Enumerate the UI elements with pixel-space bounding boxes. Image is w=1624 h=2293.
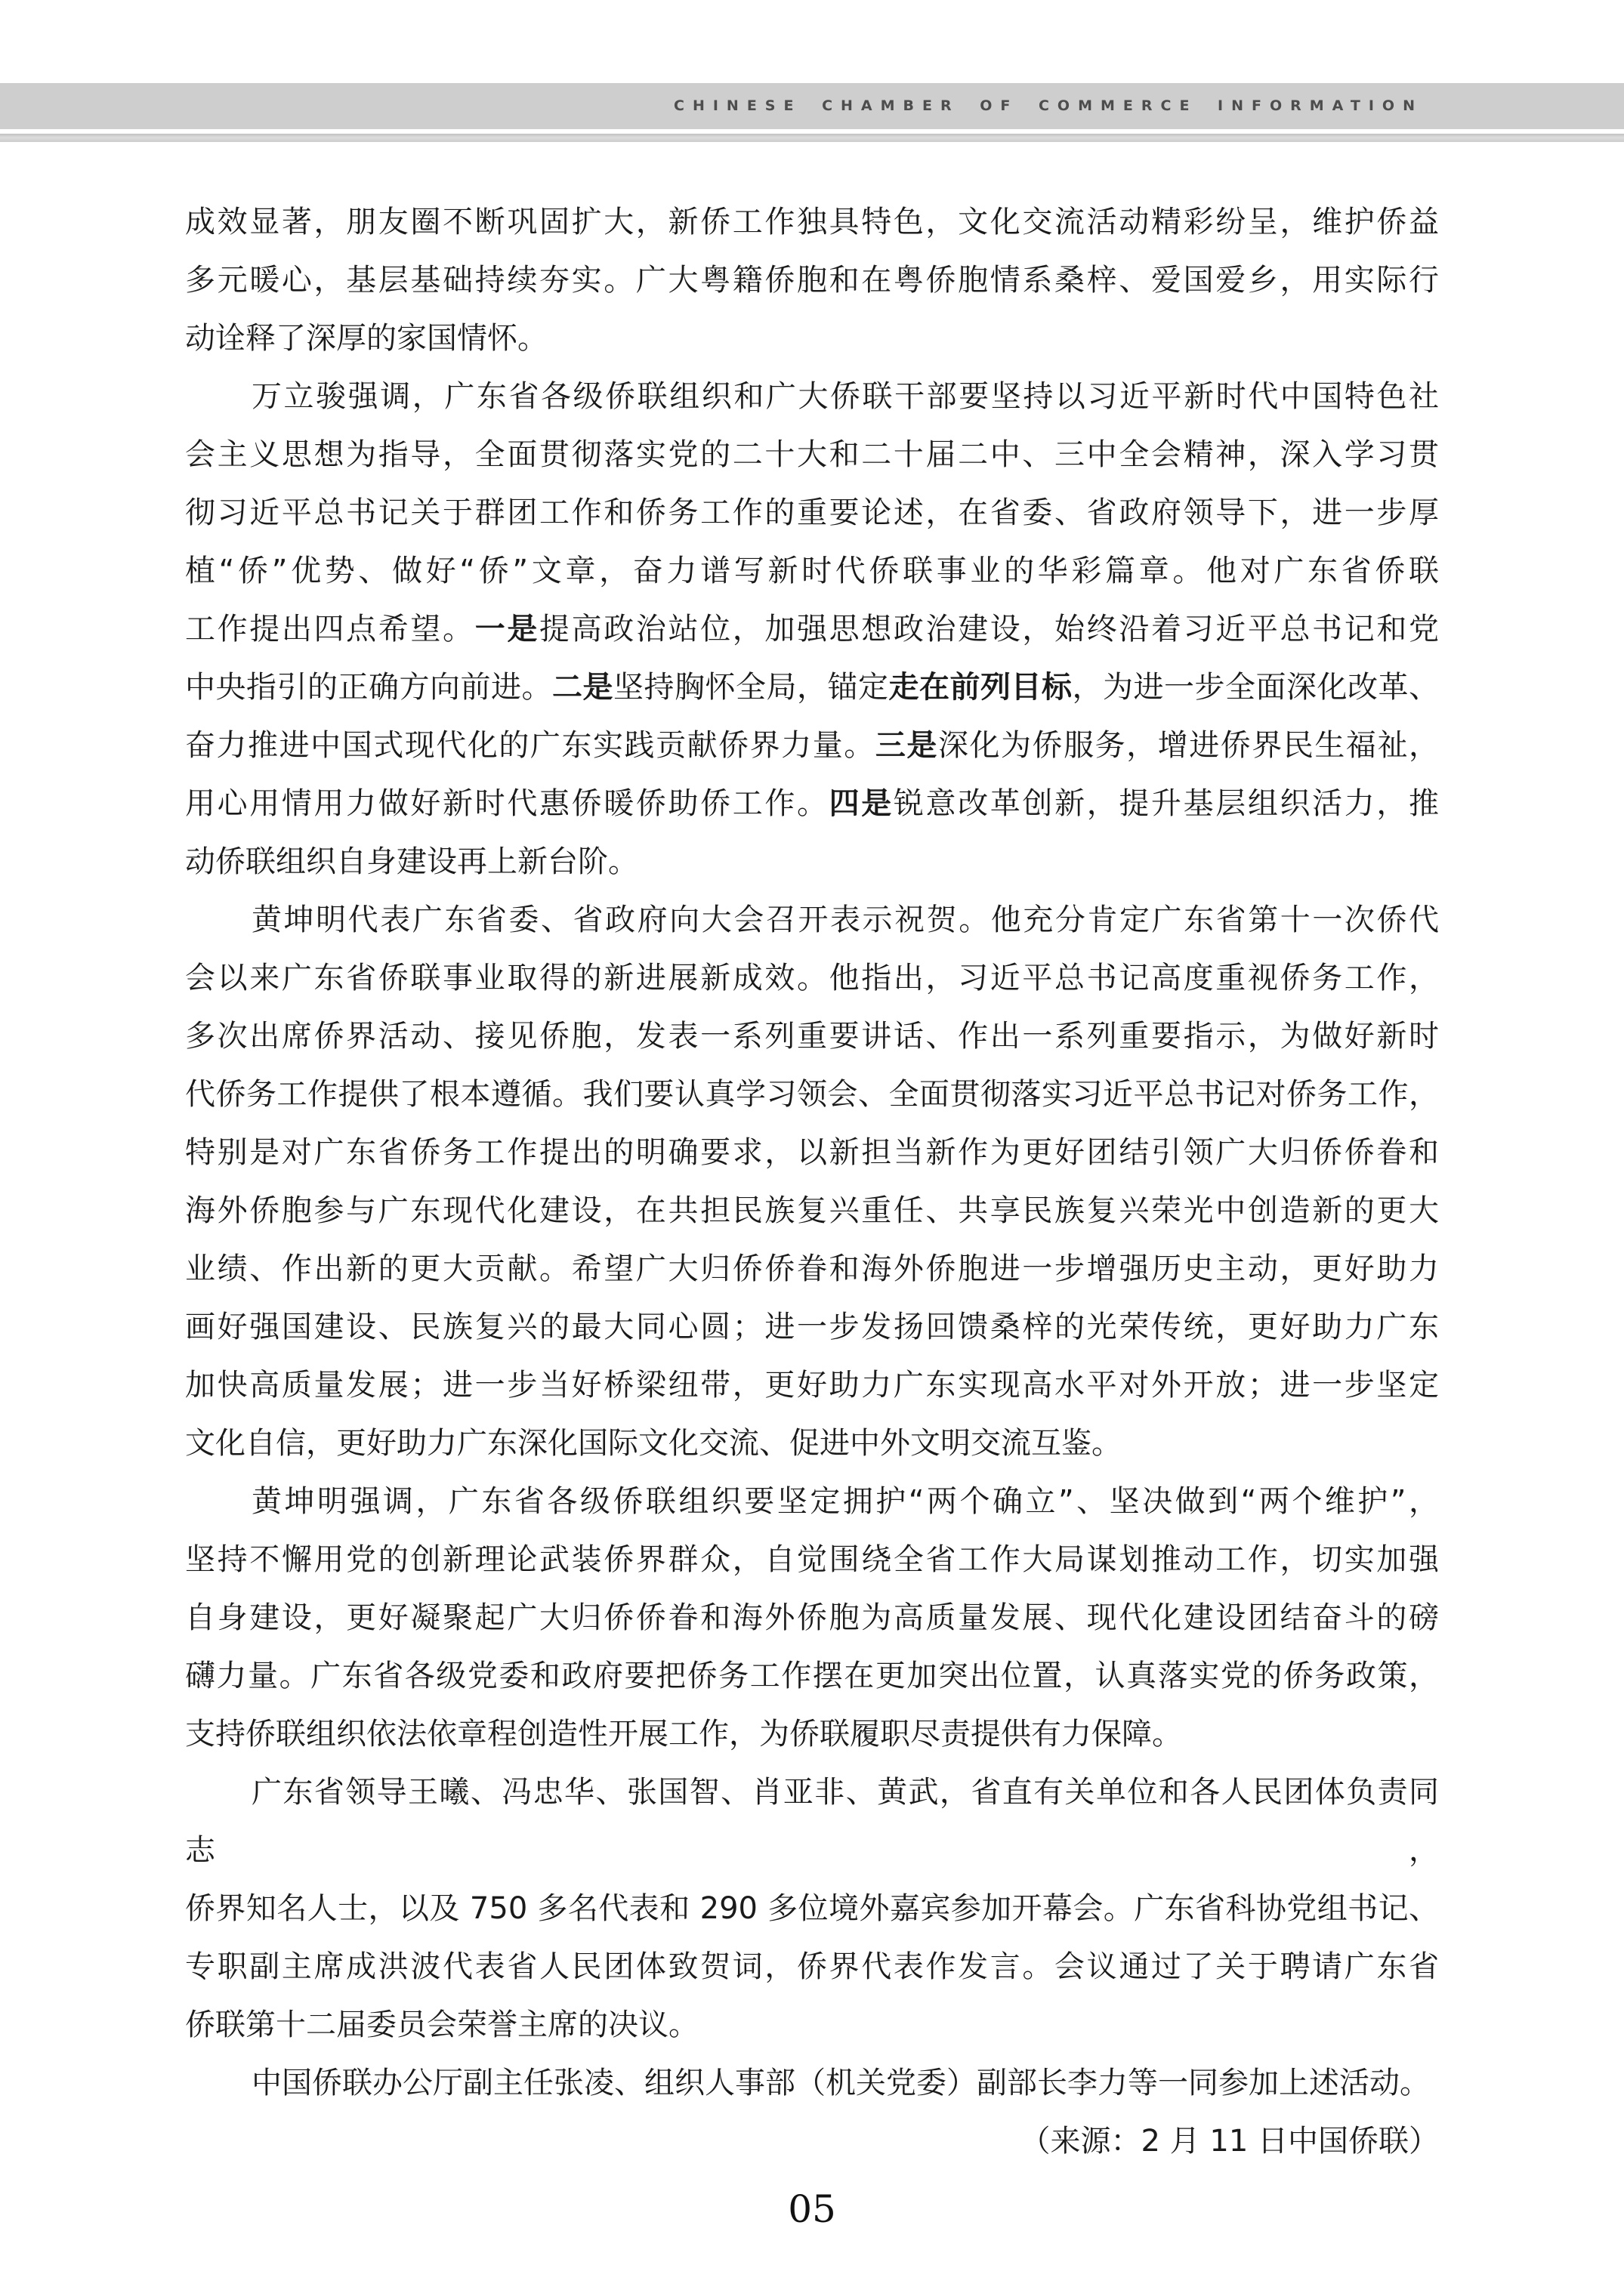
text-segment: 坚持不懈用党的创新理论武装侨界群众，自觉围绕全省工作大局谋划推动工作，切实加强 [185,1542,1439,1577]
text-segment: 用心用情用力做好新时代惠侨暖侨助侨工作。 [185,786,829,821]
text-segment: 中央指引的正确方向前进。 [185,670,552,705]
emphasis-text: 走在前列目标 [889,670,1073,705]
text-segment: 侨联第十二届委员会荣誉主席的决议。 [185,2008,699,2042]
text-line: 特别是对广东省侨务工作提出的明确要求，以新担当新作为更好团结引领广大归侨侨眷和 [185,1124,1439,1182]
text-segment: 特别是对广东省侨务工作提出的明确要求，以新担当新作为更好团结引领广大归侨侨眷和 [185,1135,1439,1170]
text-segment: 锐意改革创新，提升基层组织活力，推 [894,786,1439,821]
text-line: 海外侨胞参与广东现代化建设，在共担民族复兴重任、共享民族复兴荣光中创造新的更大 [185,1182,1439,1240]
text-line: 会主义思想为指导，全面贯彻落实党的二十大和二十届二中、三中全会精神，深入学习贯 [185,426,1439,484]
paragraph: 黄坤明代表广东省委、省政府向大会召开表示祝贺。他充分肯定广东省第十一次侨代会以来… [185,891,1439,1473]
text-segment: 深化为侨服务，增进侨界民生福祉， [938,728,1439,763]
emphasis-text: 三是 [875,728,938,763]
text-line: 自身建设，更好凝聚起广大归侨侨眷和海外侨胞为高质量发展、现代化建设团结奋斗的磅 [185,1589,1439,1647]
text-segment: 多次出席侨界活动、接见侨胞，发表一系列重要讲话、作出一系列重要指示，为做好新时 [185,1019,1439,1054]
text-line: 坚持不懈用党的创新理论武装侨界群众，自觉围绕全省工作大局谋划推动工作，切实加强 [185,1531,1439,1589]
text-segment: 支持侨联组织依法依章程创造性开展工作，为侨联履职尽责提供有力保障。 [185,1717,1182,1751]
text-segment: 坚持胸怀全局，锚定 [613,670,889,705]
text-segment: 文化自信，更好助力广东深化国际文化交流、促进中外文明交流互鉴。 [185,1426,1122,1461]
emphasis-text: 二是 [552,670,613,705]
header-banner: CHINESE CHAMBER OF COMMERCE INFORMATION [0,83,1624,129]
paragraph: 广东省领导王曦、冯忠华、张国智、肖亚非、黄武，省直有关单位和各人民团体负责同志，… [185,1764,1439,2054]
text-segment: 专职副主席成洪波代表省人民团体致贺词，侨界代表作发言。会议通过了关于聘请广东省 [185,1949,1439,1984]
text-line: 画好强国建设、民族复兴的最大同心圆；进一步发扬回馈桑梓的光荣传统，更好助力广东 [185,1298,1439,1356]
article-body: 成效显著，朋友圈不断巩固扩大，新侨工作独具特色，文化交流活动精彩纷呈，维护侨益多… [185,193,1439,2171]
text-segment: 海外侨胞参与广东现代化建设，在共担民族复兴重任、共享民族复兴荣光中创造新的更大 [185,1193,1439,1228]
text-segment: 会以来广东省侨联事业取得的新进展新成效。他指出，习近平总书记高度重视侨务工作， [185,961,1439,995]
text-line: 动诠释了深厚的家国情怀。 [185,310,1439,368]
text-line: 多次出席侨界活动、接见侨胞，发表一系列重要讲话、作出一系列重要指示，为做好新时 [185,1008,1439,1066]
text-segment: 侨界知名人士，以及 750 多名代表和 290 多位境外嘉宾参加开幕会。广东省科… [185,1891,1439,1926]
text-segment: 自身建设，更好凝聚起广大归侨侨眷和海外侨胞为高质量发展、现代化建设团结奋斗的磅 [185,1600,1439,1635]
paragraph: 黄坤明强调，广东省各级侨联组织要坚定拥护“两个确立”、坚决做到“两个维护”，坚持… [185,1473,1439,1764]
text-line: 黄坤明代表广东省委、省政府向大会召开表示祝贺。他充分肯定广东省第十一次侨代 [185,891,1439,949]
text-line: 中央指引的正确方向前进。二是坚持胸怀全局，锚定走在前列目标，为进一步全面深化改革… [185,659,1439,717]
text-line: 成效显著，朋友圈不断巩固扩大，新侨工作独具特色，文化交流活动精彩纷呈，维护侨益 [185,193,1439,252]
text-line: 会以来广东省侨联事业取得的新进展新成效。他指出，习近平总书记高度重视侨务工作， [185,949,1439,1008]
text-segment: 画好强国建设、民族复兴的最大同心圆；进一步发扬回馈桑梓的光荣传统，更好助力广东 [185,1310,1439,1344]
text-segment: 会主义思想为指导，全面贯彻落实党的二十大和二十届二中、三中全会精神，深入学习贯 [185,437,1439,472]
text-line: 业绩、作出新的更大贡献。希望广大归侨侨眷和海外侨胞进一步增强历史主动，更好助力 [185,1240,1439,1298]
emphasis-text: 一是 [475,612,539,647]
text-segment: 动诠释了深厚的家国情怀。 [185,321,548,356]
text-line: 动侨联组织自身建设再上新台阶。 [185,833,1439,891]
text-segment: 业绩、作出新的更大贡献。希望广大归侨侨眷和海外侨胞进一步增强历史主动，更好助力 [185,1251,1439,1286]
text-segment: 礴力量。广东省各级党委和政府要把侨务工作摆在更加突出位置，认真落实党的侨务政策， [185,1659,1439,1693]
text-segment: 黄坤明强调，广东省各级侨联组织要坚定拥护“两个确立”、坚决做到“两个维护”， [252,1484,1439,1519]
text-segment: 万立骏强调，广东省各级侨联组织和广大侨联干部要坚持以习近平新时代中国特色社 [252,379,1439,414]
text-line: 支持侨联组织依法依章程创造性开展工作，为侨联履职尽责提供有力保障。 [185,1705,1439,1764]
text-line: 用心用情用力做好新时代惠侨暖侨助侨工作。四是锐意改革创新，提升基层组织活力，推 [185,775,1439,833]
text-line: 中国侨联办公厅副主任张凌、组织人事部（机关党委）副部长李力等一同参加上述活动。 [185,2054,1439,2112]
text-segment: 彻习近平总书记关于群团工作和侨务工作的重要论述，在省委、省政府领导下，进一步厚 [185,495,1439,530]
text-segment: ，为进一步全面深化改革、 [1073,670,1440,705]
text-segment: 广东省领导王曦、冯忠华、张国智、肖亚非、黄武，省直有关单位和各人民团体负责同志， [185,1775,1439,1868]
text-segment: 黄坤明代表广东省委、省政府向大会召开表示祝贺。他充分肯定广东省第十一次侨代 [252,903,1439,937]
text-segment: 代侨务工作提供了根本遵循。我们要认真学习领会、全面贯彻落实习近平总书记对侨务工作… [185,1077,1439,1112]
text-line: 多元暖心，基层基础持续夯实。广大粤籍侨胞和在粤侨胞情系桑梓、爱国爱乡，用实际行 [185,252,1439,310]
paragraph: （来源：2 月 11 日中国侨联） [185,2112,1439,2171]
text-segment: 动侨联组织自身建设再上新台阶。 [185,844,638,879]
text-segment: 成效显著，朋友圈不断巩固扩大，新侨工作独具特色，文化交流活动精彩纷呈，维护侨益 [185,205,1439,239]
text-segment: （来源：2 月 11 日中国侨联） [1020,2124,1440,2159]
text-line: 加快高质量发展；进一步当好桥梁纽带，更好助力广东实现高水平对外开放；进一步坚定 [185,1356,1439,1415]
emphasis-text: 四是 [829,786,894,821]
text-segment: 工作提出四点希望。 [185,612,475,647]
text-line: 文化自信，更好助力广东深化国际文化交流、促进中外文明交流互鉴。 [185,1415,1439,1473]
text-line: 侨界知名人士，以及 750 多名代表和 290 多位境外嘉宾参加开幕会。广东省科… [185,1880,1439,1938]
text-line: 植“侨”优势、做好“侨”文章，奋力谱写新时代侨联事业的华彩篇章。他对广东省侨联 [185,542,1439,600]
text-segment: 中国侨联办公厅副主任张凌、组织人事部（机关党委）副部长李力等一同参加上述活动。 [252,2066,1430,2100]
text-line: 侨联第十二届委员会荣誉主席的决议。 [185,1996,1439,2054]
text-line: 奋力推进中国式现代化的广东实践贡献侨界力量。三是深化为侨服务，增进侨界民生福祉， [185,717,1439,775]
page-number: 05 [0,2190,1624,2228]
document-page: CHINESE CHAMBER OF COMMERCE INFORMATION … [0,0,1624,2293]
text-segment: 多元暖心，基层基础持续夯实。广大粤籍侨胞和在粤侨胞情系桑梓、爱国爱乡，用实际行 [185,263,1439,298]
text-line: 黄坤明强调，广东省各级侨联组织要坚定拥护“两个确立”、坚决做到“两个维护”， [185,1473,1439,1531]
text-line: 代侨务工作提供了根本遵循。我们要认真学习领会、全面贯彻落实习近平总书记对侨务工作… [185,1066,1439,1124]
text-line: 广东省领导王曦、冯忠华、张国智、肖亚非、黄武，省直有关单位和各人民团体负责同志， [185,1764,1439,1880]
text-segment: 植“侨”优势、做好“侨”文章，奋力谱写新时代侨联事业的华彩篇章。他对广东省侨联 [185,554,1439,588]
header-banner-text: CHINESE CHAMBER OF COMMERCE INFORMATION [674,83,1624,129]
text-line: 礴力量。广东省各级党委和政府要把侨务工作摆在更加突出位置，认真落实党的侨务政策， [185,1647,1439,1705]
text-line: 工作提出四点希望。一是提高政治站位，加强思想政治建设，始终沿着习近平总书记和党 [185,600,1439,659]
text-line: （来源：2 月 11 日中国侨联） [185,2112,1439,2171]
text-line: 彻习近平总书记关于群团工作和侨务工作的重要论述，在省委、省政府领导下，进一步厚 [185,484,1439,542]
paragraph: 万立骏强调，广东省各级侨联组织和广大侨联干部要坚持以习近平新时代中国特色社会主义… [185,368,1439,891]
text-segment: 奋力推进中国式现代化的广东实践贡献侨界力量。 [185,728,875,763]
text-segment: 加快高质量发展；进一步当好桥梁纽带，更好助力广东实现高水平对外开放；进一步坚定 [185,1368,1439,1403]
text-segment: 提高政治站位，加强思想政治建设，始终沿着习近平总书记和党 [539,612,1439,647]
paragraph: 中国侨联办公厅副主任张凌、组织人事部（机关党委）副部长李力等一同参加上述活动。 [185,2054,1439,2112]
text-line: 专职副主席成洪波代表省人民团体致贺词，侨界代表作发言。会议通过了关于聘请广东省 [185,1938,1439,1996]
paragraph: 成效显著，朋友圈不断巩固扩大，新侨工作独具特色，文化交流活动精彩纷呈，维护侨益多… [185,193,1439,368]
header-divider [0,134,1624,142]
text-line: 万立骏强调，广东省各级侨联组织和广大侨联干部要坚持以习近平新时代中国特色社 [185,368,1439,426]
